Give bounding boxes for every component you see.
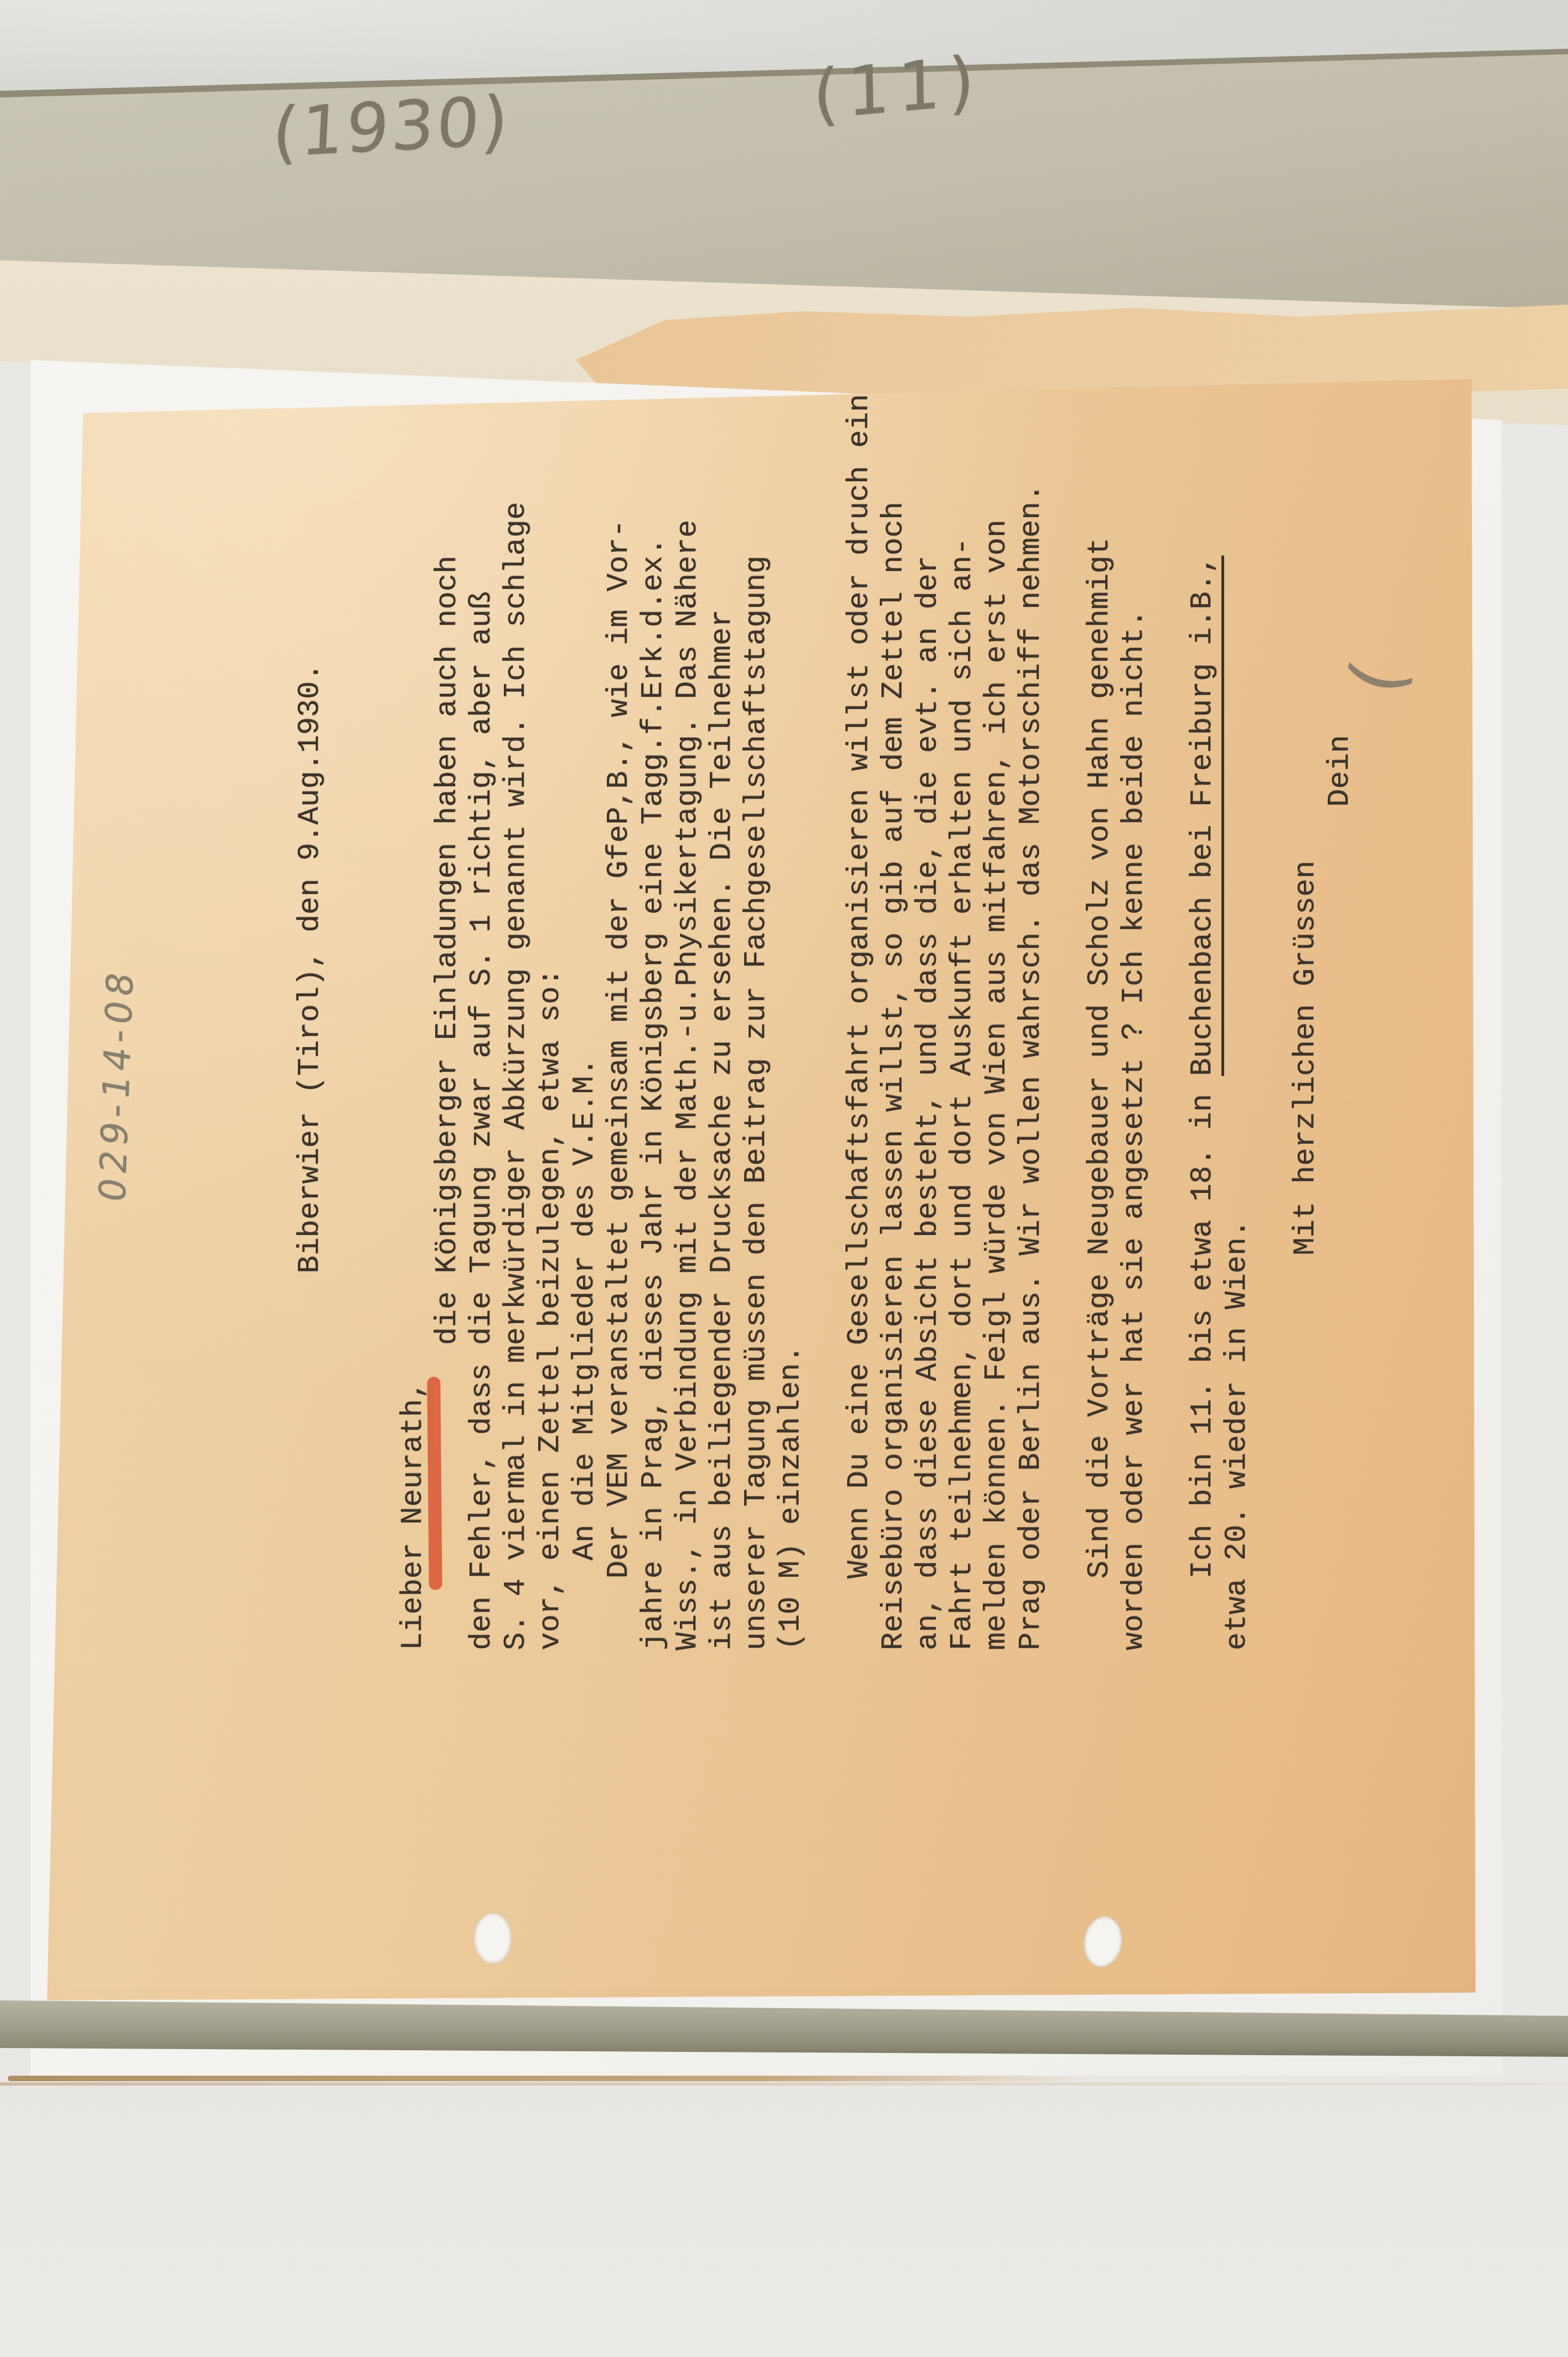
letter-line: jahre in Prag, dieses Jahr in Königsberg… xyxy=(637,410,671,1650)
archive-photo: { "annotations": { "folder_year_note": "… xyxy=(0,0,1568,2357)
letter-line: Prag oder Berlin aus. Wir wollen wahrsch… xyxy=(1014,410,1049,1650)
letter-line-text: Wiss., in Verbindung mit der Math.-u.Phy… xyxy=(671,519,705,1650)
letter-line: Wiss., in Verbindung mit der Math.-u.Phy… xyxy=(671,410,705,1650)
letter-line-text: Lieber xyxy=(396,1525,430,1650)
letter-line-text: an, dass diese Absicht besteht, und dass… xyxy=(911,555,945,1650)
folder-page-note: (11) xyxy=(812,41,983,135)
letter-line: An die Mitglieder des V.E.M. xyxy=(568,410,602,1650)
letter-line-text xyxy=(1049,1633,1082,1650)
letter-line: melden können. Feigl würde von Wien aus … xyxy=(980,410,1014,1650)
letter-line-text xyxy=(362,1633,396,1650)
letter-line-text: Sind die Vorträge Neugebauer und Scholz … xyxy=(1083,538,1117,1650)
letter-line: Mit herzlichen Grüssen xyxy=(1289,410,1323,1650)
red-underlined-name: Neurath, xyxy=(396,1381,430,1525)
letter-line: etwa 20. wieder in Wien. xyxy=(1220,410,1255,1650)
letter-line-text: ist aus beiliegender Drucksache zu erseh… xyxy=(705,609,739,1650)
letter-line: Sind die Vorträge Neugebauer und Scholz … xyxy=(1083,410,1117,1650)
letter-line: Reisebüro organisieren lassen willst, so… xyxy=(877,410,911,1650)
letter-line-text: den Fehler, dass die Tagung zwar auf S. … xyxy=(465,591,499,1650)
letter-line-text xyxy=(1152,1633,1185,1650)
letter-line-text: Reisebüro organisieren lassen willst, so… xyxy=(877,502,911,1650)
letter-line xyxy=(1255,410,1289,1650)
archive-code: 029-14-08 xyxy=(91,964,142,1206)
letter-line-text: Der VEM veranstaltet gemeinsam mit der G… xyxy=(602,519,636,1650)
letter-line-text: jahre in Prag, dieses Jahr in Königsberg… xyxy=(637,538,670,1650)
letter-text: Biberwier (Tirol), den 9.Aug.1930. Liebe… xyxy=(61,410,1456,1994)
table-background-bottom xyxy=(0,2086,1568,2357)
letter-line-text: An die Mitglieder des V.E.M. xyxy=(568,1058,602,1650)
letter-line: Dein xyxy=(1323,410,1358,1650)
letter-line xyxy=(1152,410,1186,1650)
folder-year-note: (1930) xyxy=(271,81,513,172)
paper-fiber-line xyxy=(8,2076,1093,2081)
letter-line xyxy=(808,410,843,1650)
letter-line: (10 M) einzahlen. xyxy=(774,410,808,1650)
letter-line-text: etwa 20. wieder in Wien. xyxy=(1220,1219,1254,1650)
letter-line: vor, einen Zettel beizulegen, etwa so: xyxy=(534,410,568,1650)
letter-line-text: Ich bin 11. bis etwa 18. in xyxy=(1186,1076,1220,1650)
letter-line: S. 4 viermal in merkwürdiger Abkürzung g… xyxy=(499,410,534,1650)
letter-line-text: Mit herzlichen Grüssen xyxy=(1289,861,1323,1650)
letter-line-text: S. 4 viermal in merkwürdiger Abkürzung g… xyxy=(499,502,533,1650)
letter-line-text: melden können. Feigl würde von Wien aus … xyxy=(980,519,1014,1650)
letter-line: Der VEM veranstaltet gemeinsam mit der G… xyxy=(602,410,637,1650)
letter-line: Wenn Du eine Gesellschaftsfahrt organisi… xyxy=(843,410,877,1650)
letter-reading-orientation: Biberwier (Tirol), den 9.Aug.1930. Liebe… xyxy=(61,410,1456,1994)
letter-line: an, dass diese Absicht besteht, und dass… xyxy=(911,410,946,1650)
letter-line: Ich bin 11. bis etwa 18. in Buchenbach b… xyxy=(1186,410,1220,1650)
letter-line-text: vor, einen Zettel beizulegen, etwa so: xyxy=(534,969,568,1650)
letter-line: den Fehler, dass die Tagung zwar auf S. … xyxy=(465,410,499,1650)
letter-line-text: Wenn Du eine Gesellschaftsfahrt organisi… xyxy=(843,394,876,1650)
letter-line: worden oder wer hat sie angesetzt ? Ich … xyxy=(1117,410,1152,1650)
letter-line-text: Prag oder Berlin aus. Wir wollen wahrsch… xyxy=(1014,484,1048,1650)
underlined-address: Buchenbach bei Freiburg i.B., xyxy=(1186,555,1224,1076)
letter-line-text xyxy=(328,1633,362,1650)
letter-line xyxy=(362,410,396,1650)
letter-line-text: Biberwier (Tirol), den 9.Aug.1930. xyxy=(293,663,327,1650)
letter-line: ist aus beiliegender Drucksache zu erseh… xyxy=(705,410,740,1650)
letter-line-text: (10 M) einzahlen. xyxy=(774,1345,808,1650)
letter-line-text xyxy=(1255,1633,1288,1650)
letter-line-text: Fahrt teilnehmen, dort und dort Auskunft… xyxy=(946,538,979,1650)
letter-line-text: Dein xyxy=(1323,735,1357,1650)
letter-line xyxy=(1049,410,1083,1650)
letter-line: Fahrt teilnehmen, dort und dort Auskunft… xyxy=(946,410,980,1650)
letter-line-text: unserer Tagung müssen den Beitrag zur Fa… xyxy=(740,555,773,1650)
letter-line: Lieber Neurath, xyxy=(396,410,431,1650)
letter-line: Biberwier (Tirol), den 9.Aug.1930. xyxy=(293,410,328,1650)
letter-line xyxy=(328,410,362,1650)
letter-line-text xyxy=(808,1633,842,1650)
letter-line-text: worden oder wer hat sie angesetzt ? Ich … xyxy=(1117,609,1151,1650)
letter-line: unserer Tagung müssen den Beitrag zur Fa… xyxy=(740,410,774,1650)
